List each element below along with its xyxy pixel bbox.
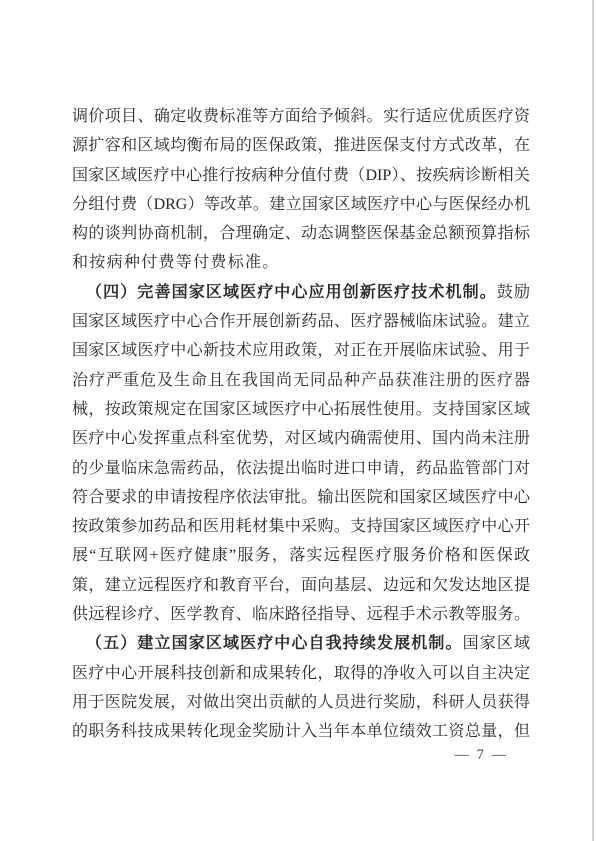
text-line: 源扩容和区域均衡布局的医保政策，推进医保支付方式改革，在 (72, 131, 530, 160)
text-line: 构的谈判协商机制，合理确定、动态调整医保基金总额预算指标 (72, 219, 530, 248)
text-line: 械，按政策规定在国家区域医疗中心拓展性使用。支持国家区域 (72, 395, 530, 424)
text-line: 医疗中心开展科技创新和成果转化，取得的净收入可以自主决定 (72, 659, 530, 688)
text-line: 国家区域医疗中心新技术应用政策，对正在开展临床试验、用于 (72, 336, 530, 365)
text-line: 治疗严重危及生命且在我国尚无同品种产品获准注册的医疗器 (72, 366, 530, 395)
text-line-section-5: （五）建立国家区域医疗中心自我持续发展机制。国家区域 (72, 629, 530, 658)
section-heading: （四）完善国家区域医疗中心应用创新医疗技术机制。 (86, 284, 497, 301)
text-line: 符合要求的申请按程序依法审批。输出医院和国家区域医疗中心 (72, 483, 530, 512)
text-line: 调价项目、确定收费标准等方面给予倾斜。实行适应优质医疗资 (72, 102, 530, 131)
document-text-block: 调价项目、确定收费标准等方面给予倾斜。实行适应优质医疗资 源扩容和区域均衡布局的… (72, 102, 530, 747)
text-line: 国家区域医疗中心合作开展创新药品、医疗器械临床试验。建立 (72, 307, 530, 336)
document-page: 调价项目、确定收费标准等方面给予倾斜。实行适应优质医疗资 源扩容和区域均衡布局的… (0, 0, 596, 841)
text-line: 医疗中心发挥重点科室优势，对区域内确需使用、国内尚未注册 (72, 424, 530, 453)
text-line: 的少量临床急需药品，依法提出临时进口申请，药品监管部门对 (72, 454, 530, 483)
text-line: 策，建立远程医疗和教育平台，面向基层、边远和欠发达地区提 (72, 571, 530, 600)
text-line: 展“互联网+医疗健康”服务，落实远程医疗服务价格和医保政 (72, 541, 530, 570)
text-line-section-4: （四）完善国家区域医疗中心应用创新医疗技术机制。鼓励 (72, 278, 530, 307)
section-body-start: 鼓励 (497, 284, 530, 301)
text-line: 按政策参加药品和医用耗材集中采购。支持国家区域医疗中心开 (72, 512, 530, 541)
section-heading: （五）建立国家区域医疗中心自我持续发展机制。 (86, 635, 463, 652)
text-line: 国家区域医疗中心推行按病种分值付费（DIP）、按疾病诊断相关 (72, 161, 530, 190)
text-line: 供远程诊疗、医学教育、临床路径指导、远程手术示教等服务。 (72, 600, 530, 629)
text-line: 的职务科技成果转化现金奖励计入当年本单位绩效工资总量，但 (72, 717, 530, 746)
scan-edge-line (592, 0, 594, 841)
text-line: 分组付费（DRG）等改革。建立国家区域医疗中心与医保经办机 (72, 190, 530, 219)
page-number: — 7 — (455, 744, 509, 766)
text-line: 用于医院发展，对做出突出贡献的人员进行奖励，科研人员获得 (72, 688, 530, 717)
text-line: 和按病种付费等付费标准。 (72, 248, 530, 277)
section-body-start: 国家区域 (463, 635, 530, 652)
